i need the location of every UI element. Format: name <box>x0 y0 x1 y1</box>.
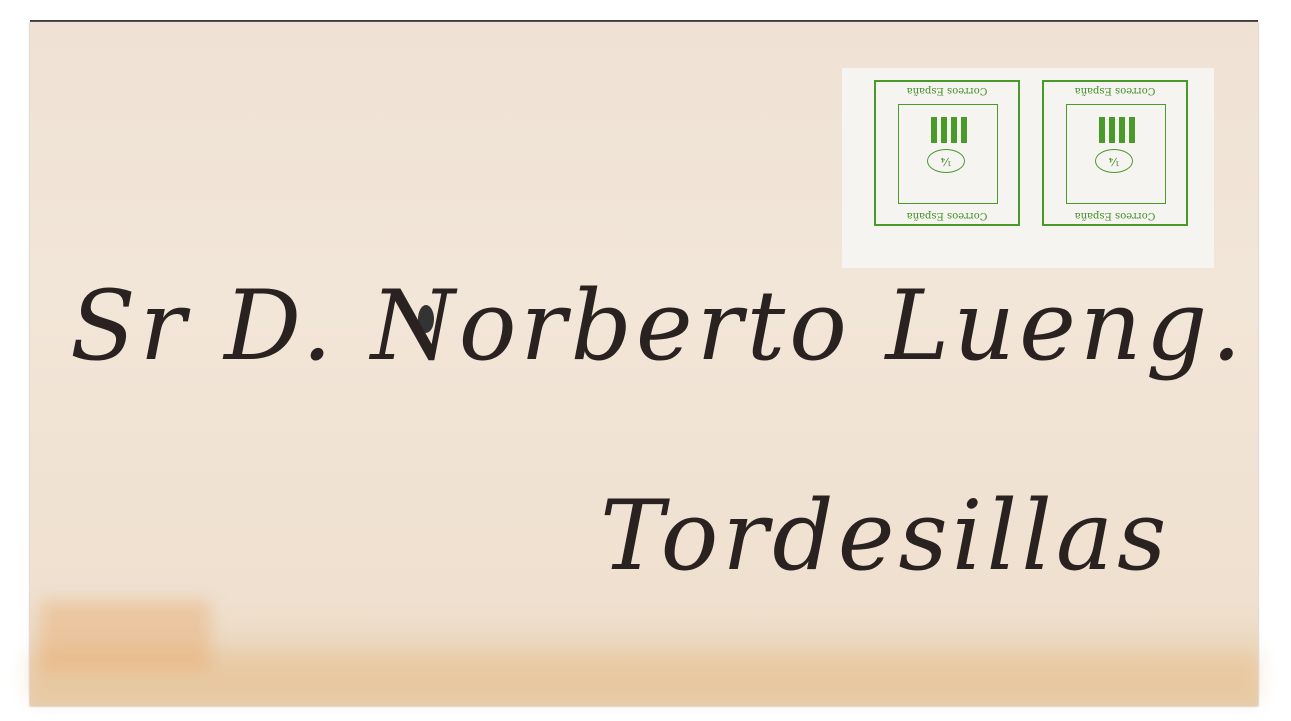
stamp-value: ¼ <box>927 149 965 173</box>
stamp: Correos España ¼ Correos España <box>1042 80 1188 226</box>
address-line-1: Sr D. Norberto Lueng. <box>70 270 1246 382</box>
stamp-value: ¼ <box>1095 149 1133 173</box>
stamp-text: Correos España <box>876 85 1018 96</box>
stamp-pair: Correos España ¼ Correos España Correos … <box>842 68 1214 268</box>
stamp-text: Correos España <box>1044 210 1186 221</box>
stain <box>40 600 210 670</box>
stamp: Correos España ¼ Correos España <box>874 80 1020 226</box>
stamp-text: Correos España <box>1044 85 1186 96</box>
crown-icon <box>927 117 967 143</box>
address-line-2: Tordesillas <box>600 480 1170 592</box>
stain <box>30 650 1258 700</box>
stamp-text: Correos España <box>876 210 1018 221</box>
crown-icon <box>1095 117 1135 143</box>
